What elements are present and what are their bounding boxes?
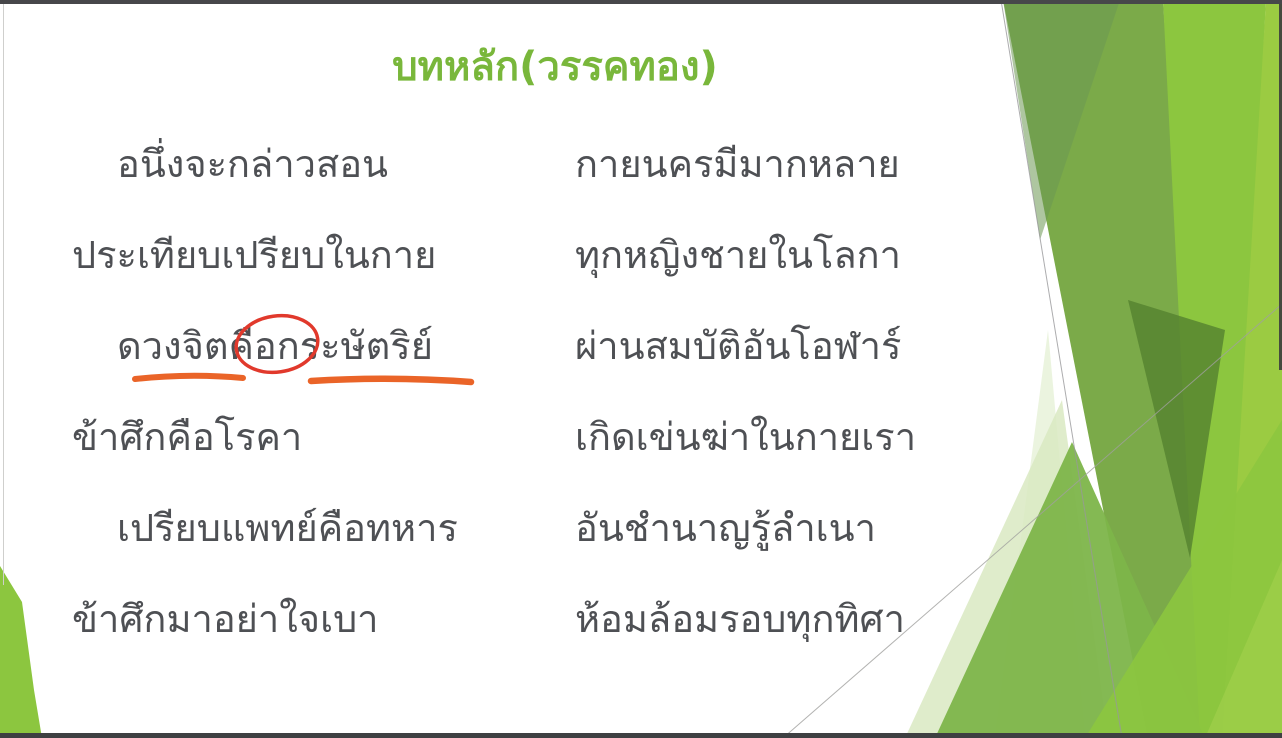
poem-right-hemistich: อันชำนาญรู้ลำเนา — [575, 497, 876, 558]
poem-right-hemistich: ผ่านสมบัติอันโอฬาร์ — [575, 315, 901, 376]
poem-row: อนึ่งจะกล่าวสอน กายนครมีมากหลาย — [72, 118, 1082, 209]
poem-left-hemistich: ประเทียบเปรียบในกาย — [72, 224, 575, 285]
poem-row: ประเทียบเปรียบในกาย ทุกหญิงชายในโลกา — [72, 209, 1082, 300]
poem-left-hemistich: ดวงจิตคือกระษัตริย์ — [72, 315, 575, 376]
poem-row: ข้าศึกมาอย่าใจเบา ห้อมล้อมรอบทุกทิศา — [72, 573, 1082, 664]
presentation-slide: บทหลัก(วรรคทอง) อนึ่งจะกล่าวสอน กายนครมี… — [0, 0, 1282, 738]
poem-right-hemistich: ทุกหญิงชายในโลกา — [575, 224, 901, 285]
poem-row: ข้าศึกคือโรคา เกิดเข่นฆ่าในกายเรา — [72, 391, 1082, 482]
poem-right-hemistich: กายนครมีมากหลาย — [575, 133, 900, 194]
bottom-letterbox-bar — [0, 733, 1282, 738]
top-letterbox-bar — [0, 0, 1282, 4]
slide-title: บทหลัก(วรรคทอง) — [0, 34, 1110, 98]
poem-row: เปรียบแพทย์คือทหาร อันชำนาญรู้ลำเนา — [72, 482, 1082, 573]
bottom-left-green-wedge — [0, 566, 42, 738]
poem-left-hemistich: ข้าศึกมาอย่าใจเบา — [72, 588, 575, 649]
poem-right-hemistich: เกิดเข่นฆ่าในกายเรา — [575, 406, 916, 467]
poem-left-hemistich: ข้าศึกคือโรคา — [72, 406, 575, 467]
poem-left-hemistich: อนึ่งจะกล่าวสอน — [72, 133, 575, 194]
poem-left-hemistich: เปรียบแพทย์คือทหาร — [72, 497, 575, 558]
poem-right-hemistich: ห้อมล้อมรอบทุกทิศา — [575, 588, 905, 649]
poem-body: อนึ่งจะกล่าวสอน กายนครมีมากหลาย ประเทียบ… — [72, 118, 1082, 664]
poem-row: ดวงจิตคือกระษัตริย์ ผ่านสมบัติอันโอฬาร์ — [72, 300, 1082, 391]
